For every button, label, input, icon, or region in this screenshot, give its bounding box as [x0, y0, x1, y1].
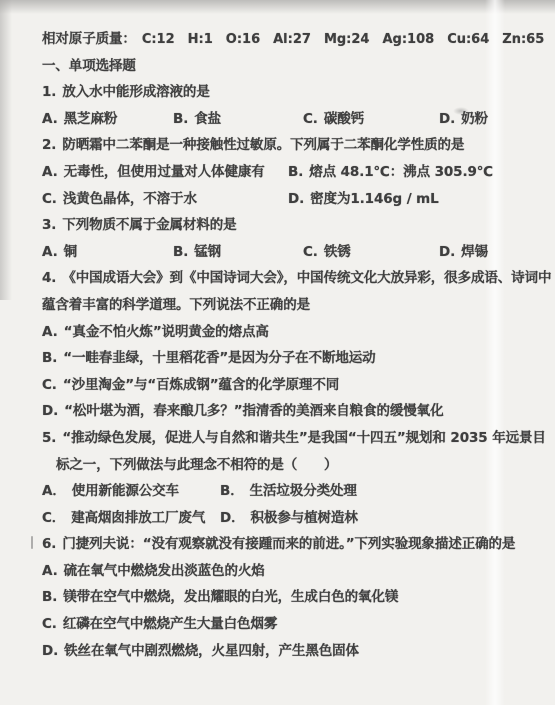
option-text: 铁丝在氧气中剧烈燃烧，火星四射，产生黑色固体: [64, 643, 359, 659]
option-text: 铜: [64, 244, 77, 260]
option-text: “沙里淘金”与“百炼成钢”蕴含的化学原理不同: [63, 377, 339, 393]
option-label: D.: [439, 244, 455, 260]
question-4-option-a: A.“真金不怕火炼”说明黄金的熔点高: [42, 319, 547, 346]
page-top-shadow: [0, 0, 555, 14]
atomic-mass-entry: Mg:24: [324, 27, 370, 54]
option-text: 红磷在空气中燃烧产生大量白色烟雾: [63, 616, 277, 632]
option-a: A.无毒性，但使用过量对人体健康有: [42, 159, 288, 186]
question-4-stem-line2: 蕴含着丰富的科学道理。下列说法不正确的是: [42, 292, 547, 319]
option-text: 焊锡: [461, 244, 488, 260]
section-title: 一、单项选择题: [42, 53, 547, 80]
option-c: C．建高烟囱排放工厂废气: [42, 505, 220, 532]
option-label: D.: [439, 111, 455, 127]
option-d: D.奶粉: [439, 106, 547, 133]
question-6-option-c: C.红磷在空气中燃烧产生大量白色烟雾: [42, 611, 547, 638]
option-label: B.: [173, 244, 188, 260]
option-label: D.: [42, 403, 58, 419]
question-text: 门捷列夫说：“没有观察就没有接踵而来的前进。”下列实验现象描述正确的是: [62, 536, 515, 552]
option-label: C.: [42, 616, 57, 632]
question-3-stem: 3.下列物质不属于金属材料的是: [42, 212, 547, 239]
option-text: 建高烟囱排放工厂废气: [71, 510, 205, 526]
option-label: C．: [42, 510, 65, 526]
atomic-mass-line: 相对原子质量： C:12 H:1 O:16 Al:27 Mg:24 Ag:108…: [42, 26, 547, 53]
option-label: B．: [220, 483, 244, 499]
option-a: A.铜: [42, 239, 173, 266]
question-text: 《中国成语大会》到《中国诗词大会》，中国传统文化大放异彩，很多成语、诗词中: [62, 270, 551, 286]
question-4-stem-line1: 4.《中国成语大会》到《中国诗词大会》，中国传统文化大放异彩，很多成语、诗词中: [42, 265, 547, 292]
option-label: A.: [42, 563, 58, 579]
question-number: 5.: [42, 430, 56, 446]
option-label: C.: [42, 377, 57, 393]
question-2-options-row1: A.无毒性，但使用过量对人体健康有 B.熔点 48.1℃：沸点 305.9℃: [42, 159, 547, 186]
option-text: “真金不怕火炼”说明黄金的熔点高: [64, 324, 269, 340]
option-label: B.: [42, 589, 57, 605]
option-text: 铁锈: [324, 244, 351, 260]
option-a: A.黑芝麻粉: [42, 106, 173, 133]
option-label: B.: [42, 350, 57, 366]
option-label: A．: [42, 483, 66, 499]
option-text: “松叶堪为酒，春来酿几多？”指清香的美酒来自粮食的缓慢氧化: [64, 403, 443, 419]
question-4-option-c: C.“沙里淘金”与“百炼成钢”蕴含的化学原理不同: [42, 372, 547, 399]
option-b: B.食盐: [173, 106, 303, 133]
question-number: 4.: [42, 270, 56, 286]
question-6-option-a: A.硫在氧气中燃烧发出淡蓝色的火焰: [42, 558, 547, 585]
option-label: A.: [42, 164, 58, 180]
question-number: 1.: [42, 84, 56, 100]
option-c: C.铁锈: [303, 239, 439, 266]
question-5-stem-line2: 标之一，下列做法与此理念不相符的是（ ）: [42, 452, 547, 479]
question-1-stem: 1.放入水中能形成溶液的是: [42, 79, 547, 106]
option-text: “一畦春韭绿，十里稻花香”是因为分子在不断地运动: [63, 350, 375, 366]
question-6-option-b: B.镁带在空气中燃烧，发出耀眼的白光，生成白色的氧化镁: [42, 584, 547, 611]
page-left-shadow: [0, 0, 12, 300]
question-6-stem: 6.门捷列夫说：“没有观察就没有接踵而来的前进。”下列实验现象描述正确的是: [42, 531, 547, 558]
option-text: 硫在氧气中燃烧发出淡蓝色的火焰: [64, 563, 265, 579]
atomic-mass-entry: H:1: [188, 27, 213, 54]
option-text: 熔点 48.1℃：沸点 305.9℃: [309, 164, 493, 180]
option-label: A.: [42, 244, 58, 260]
atomic-mass-entry: O:16: [226, 27, 260, 54]
question-5-options-row2: C．建高烟囱排放工厂废气 D．积极参与植树造林: [42, 505, 547, 532]
option-a: A．使用新能源公交车: [42, 478, 220, 505]
question-4-option-b: B.“一畦春韭绿，十里稻花香”是因为分子在不断地运动: [42, 345, 547, 372]
option-text: 食盐: [194, 111, 221, 127]
atomic-mass-entry: Zn:65: [502, 27, 544, 54]
option-text: 碳酸钙: [324, 111, 364, 127]
atomic-mass-entry: C:12: [142, 27, 175, 54]
option-label: D．: [220, 510, 245, 526]
scan-artifact-mark: [31, 536, 33, 549]
option-label: D.: [42, 643, 58, 659]
option-label: A.: [42, 324, 58, 340]
option-text: 密度为1.146g / mL: [310, 191, 438, 207]
question-text: 下列物质不属于金属材料的是: [62, 217, 236, 233]
question-text: 防晒霜中二苯酮是一种接触性过敏原。下列属于二苯酮化学性质的是: [62, 137, 464, 153]
option-label: C.: [303, 244, 318, 260]
option-text: 奶粉: [461, 111, 488, 127]
question-text: 放入水中能形成溶液的是: [62, 84, 209, 100]
option-label: C.: [303, 111, 318, 127]
option-label: B.: [173, 111, 188, 127]
question-4-option-d: D.“松叶堪为酒，春来酿几多？”指清香的美酒来自粮食的缓慢氧化: [42, 398, 547, 425]
option-text: 无毒性，但使用过量对人体健康有: [64, 164, 265, 180]
option-text: 黑芝麻粉: [64, 111, 118, 127]
atomic-mass-entry: Al:27: [273, 27, 311, 54]
option-c: C.碳酸钙: [303, 106, 439, 133]
exam-page: 相对原子质量： C:12 H:1 O:16 Al:27 Mg:24 Ag:108…: [0, 0, 555, 705]
option-text: 生活垃圾分类处理: [250, 483, 357, 499]
question-3-options: A.铜 B.锰钢 C.铁锈 D.焊锡: [42, 239, 547, 266]
option-b: B．生活垃圾分类处理: [220, 478, 547, 505]
atomic-mass-entry: Ag:108: [382, 27, 434, 54]
question-2-stem: 2.防晒霜中二苯酮是一种接触性过敏原。下列属于二苯酮化学性质的是: [42, 132, 547, 159]
option-text: 镁带在空气中燃烧，发出耀眼的白光，生成白色的氧化镁: [63, 589, 398, 605]
question-1-options: A.黑芝麻粉 B.食盐 C.碳酸钙 D.奶粉: [42, 106, 547, 133]
option-d: D.焊锡: [439, 239, 547, 266]
option-b: B.熔点 48.1℃：沸点 305.9℃: [288, 159, 547, 186]
atomic-mass-label: 相对原子质量：: [42, 26, 136, 53]
option-c: C.浅黄色晶体，不溶于水: [42, 186, 288, 213]
exam-content: 相对原子质量： C:12 H:1 O:16 Al:27 Mg:24 Ag:108…: [42, 26, 547, 664]
option-label: A.: [42, 111, 58, 127]
option-text: 使用新能源公交车: [72, 483, 179, 499]
option-text: 锰钢: [194, 244, 221, 260]
question-text: “推动绿色发展，促进人与自然和谐共生”是我国“十四五”规划和 2035 年远景目: [62, 430, 545, 446]
question-number: 6.: [42, 536, 56, 552]
option-b: B.锰钢: [173, 239, 303, 266]
atomic-mass-entry: Cu:64: [447, 27, 489, 54]
option-label: D.: [288, 191, 304, 207]
question-number: 2.: [42, 137, 56, 153]
question-6-option-d: D.铁丝在氧气中剧烈燃烧，火星四射，产生黑色固体: [42, 638, 547, 665]
question-number: 3.: [42, 217, 56, 233]
option-label: B.: [288, 164, 303, 180]
question-2-options-row2: C.浅黄色晶体，不溶于水 D.密度为1.146g / mL: [42, 186, 547, 213]
option-d: D.密度为1.146g / mL: [288, 186, 547, 213]
option-label: C.: [42, 191, 57, 207]
option-text: 积极参与植树造林: [251, 510, 358, 526]
question-5-stem-line1: 5.“推动绿色发展，促进人与自然和谐共生”是我国“十四五”规划和 2035 年远…: [42, 425, 547, 452]
option-d: D．积极参与植树造林: [220, 505, 547, 532]
option-text: 浅黄色晶体，不溶于水: [63, 191, 197, 207]
question-5-options-row1: A．使用新能源公交车 B．生活垃圾分类处理: [42, 478, 547, 505]
